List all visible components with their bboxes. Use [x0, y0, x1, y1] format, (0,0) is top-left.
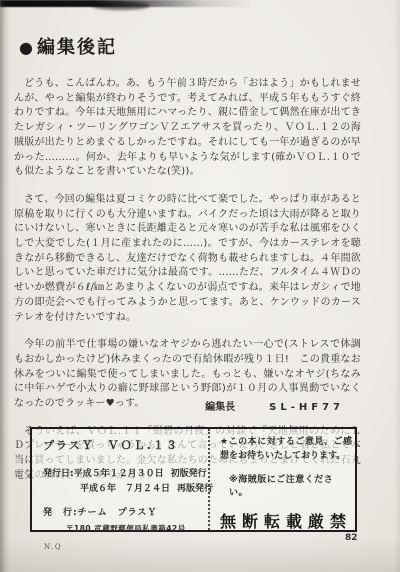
- first-edition-label: 初版発行: [171, 469, 207, 479]
- signature-role: 編集長: [205, 402, 235, 413]
- page-number: 82: [345, 533, 358, 543]
- first-edition-date: 平成５年１２月３０日: [74, 469, 164, 479]
- scan-artifact-right-shade: [394, 0, 400, 572]
- signature-name: SL-HF77: [269, 402, 344, 413]
- body-paragraph: どうも、こんばんわ。あ、もう午前３時だから「おはよう」かもしれませんが、やっと編…: [14, 77, 361, 180]
- feedback-note: ★この本に対するご意見、ご感想をお待ちいたしております。: [220, 435, 352, 463]
- page-title-text: 編集後記: [37, 37, 117, 58]
- printer-mark: N.Q: [44, 543, 62, 551]
- publisher-name: チーム プラスＹ: [78, 508, 158, 518]
- colophon-box: プラスＹ ＶＯＬ.１３ 発行日:平成５年１２月３０日初版発行 平成６年 ７月２４…: [30, 427, 357, 532]
- reprint-line: 平成６年 ７月２４日再版発行: [43, 481, 205, 494]
- publisher-line: 発 行:チーム プラスＹ: [43, 505, 205, 518]
- piracy-warning: ※海賊版にご注意ください。: [220, 472, 352, 498]
- no-reproduction-stamp: 無断転載厳禁: [220, 509, 352, 532]
- publisher-label: 発 行:: [43, 508, 78, 518]
- page-title: ●編集後記: [19, 33, 117, 59]
- bullet-icon: ●: [19, 38, 35, 57]
- publisher-address: 〒180 武蔵野郵便局私書箱42号: [66, 523, 205, 534]
- signature-line: 編集長SL-HF77: [14, 398, 344, 413]
- scanned-afterword-page: ●編集後記 どうも、こんばんわ。あ、もう午前３時だから「おはよう」かもしれません…: [0, 0, 400, 572]
- colophon-left-column: プラスＹ ＶＯＬ.１３ 発行日:平成５年１２月３０日初版発行 平成６年 ７月２４…: [32, 429, 208, 530]
- body-paragraph: さて、今回の編集は夏コミケの時に比べて楽でした。やっぱり車があると原稿を取りに行…: [14, 193, 361, 325]
- reprint-date: 平成６年 ７月２４日: [80, 484, 170, 494]
- scan-artifact-top-smudge: [0, 0, 252, 7]
- afterword-body: どうも、こんばんわ。あ、もう午前３時だから「おはよう」かもしれませんが、やっと編…: [14, 77, 361, 484]
- issue-date-label: 発行日:: [43, 469, 74, 479]
- first-edition-line: 発行日:平成５年１２月３０日初版発行: [43, 466, 205, 479]
- colophon-title: プラスＹ ＶＯＬ.１３: [43, 437, 205, 453]
- colophon-right-column: ★この本に対するご意見、ご感想をお待ちいたしております。 ※海賊版にご注意くださ…: [208, 429, 358, 530]
- scan-artifact-left-shade: [0, 0, 10, 572]
